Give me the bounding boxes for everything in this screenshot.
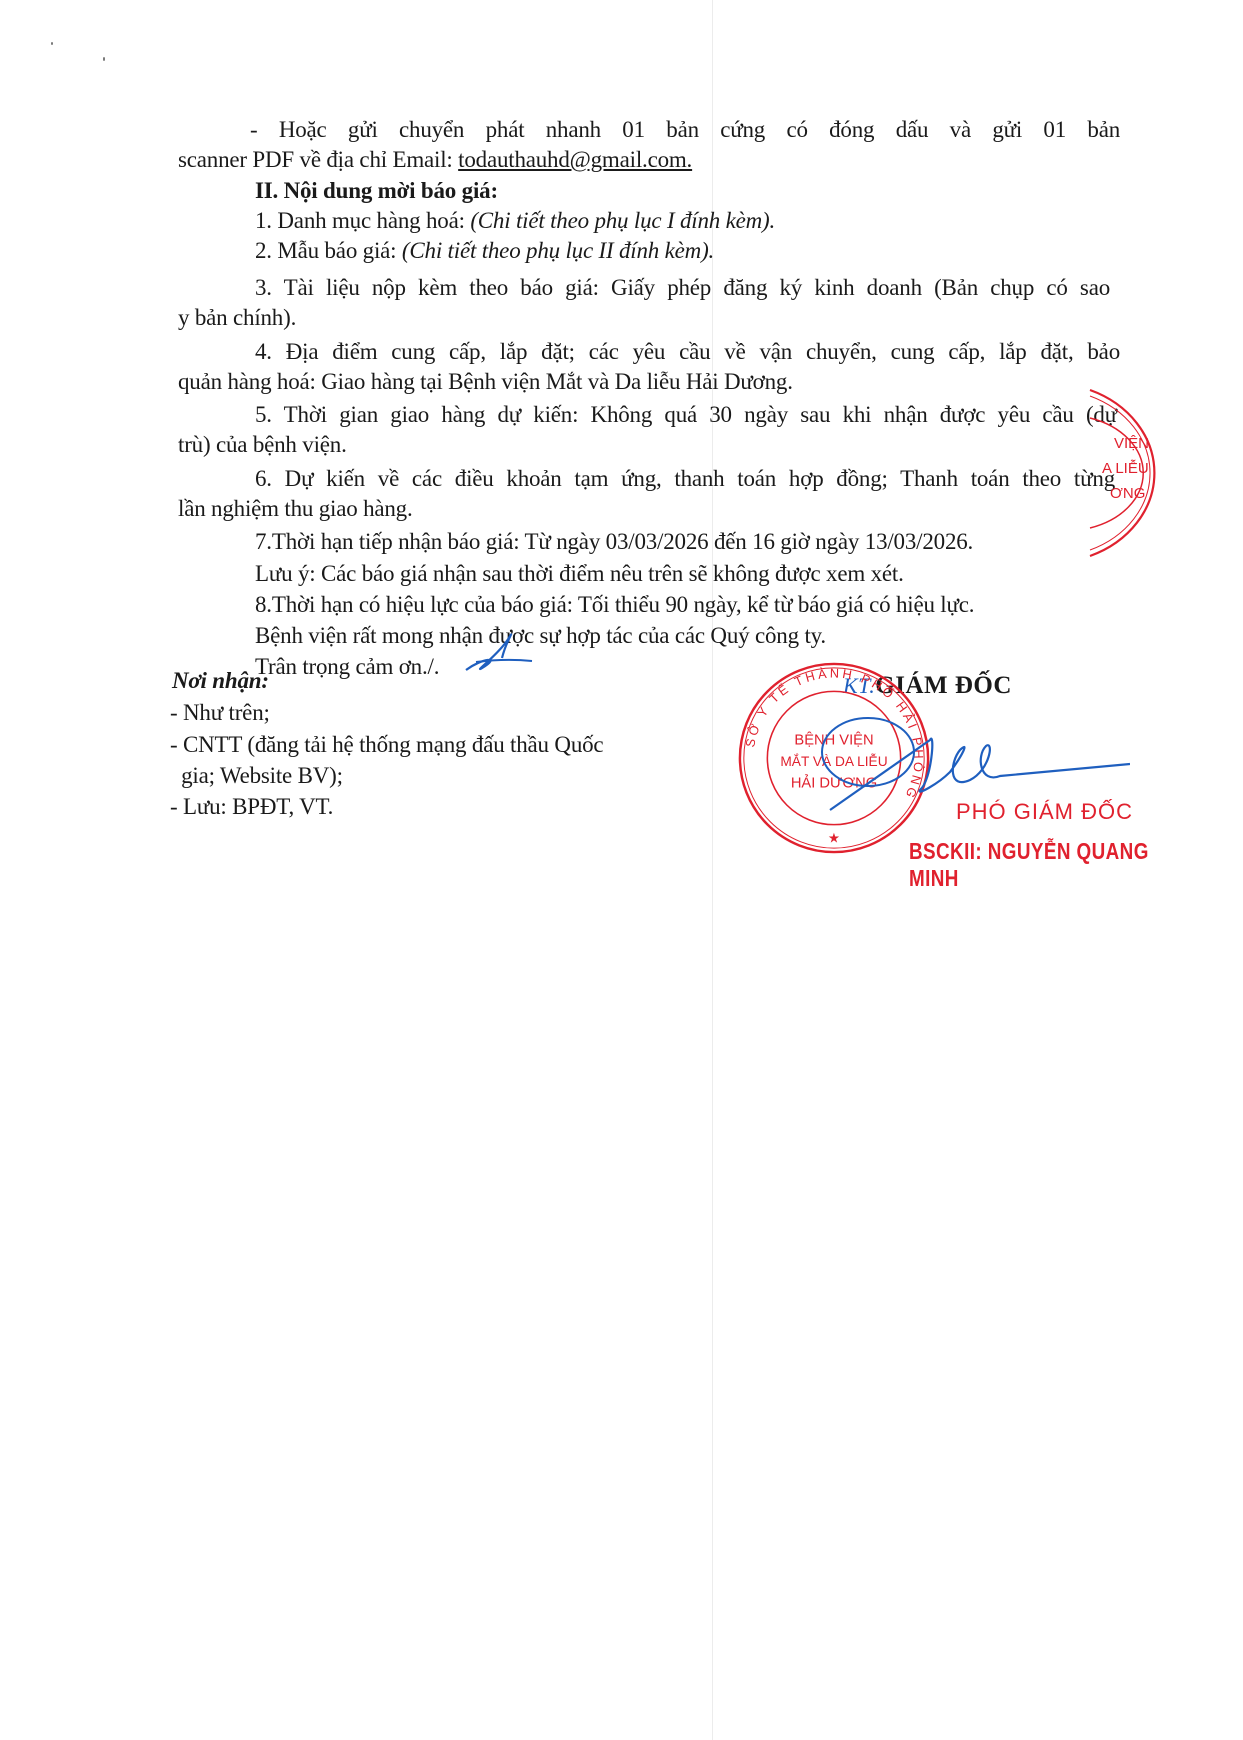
recipient-item: - Như trên;: [170, 701, 270, 724]
svg-text:ƠNG: ƠNG: [1110, 485, 1145, 502]
item-2: 2. Mẫu báo giá: (Chi tiết theo phụ lục I…: [255, 239, 714, 262]
recipient-item: - CNTT (đăng tải hệ thống mạng đấu thầu …: [170, 733, 603, 756]
item-1: 1. Danh mục hàng hoá: (Chi tiết theo phụ…: [255, 209, 775, 232]
svg-text:MẮT VÀ DA LIỄU: MẮT VÀ DA LIỄU: [780, 752, 887, 769]
svg-text:A LIỄU: A LIỄU: [1102, 460, 1149, 477]
email-link[interactable]: todauthauhd@gmail.com.: [458, 147, 692, 172]
item-4-line-1: 4. Địa điểm cung cấp, lắp đặt; các yêu c…: [255, 340, 1120, 363]
item-7: 7.Thời hạn tiếp nhận báo giá: Từ ngày 03…: [255, 530, 973, 553]
closing-line-2: Trân trọng cảm ơn./.: [255, 655, 439, 678]
svg-text:BỆNH VIỆN: BỆNH VIỆN: [794, 731, 873, 748]
item-4-line-2: quản hàng hoá: Giao hàng tại Bệnh viện M…: [178, 370, 793, 393]
item-3-line-1: 3. Tài liệu nộp kèm theo báo giá: Giấy p…: [255, 276, 1110, 299]
item-2-detail: (Chi tiết theo phụ lục II đính kèm).: [402, 238, 714, 263]
item-5-line-2: trù) của bệnh viện.: [178, 433, 347, 456]
item-6-line-2: lần nghiệm thu giao hàng.: [178, 497, 413, 520]
recipient-item: gia; Website BV);: [170, 764, 343, 787]
deputy-director-title: PHÓ GIÁM ĐỐC: [956, 799, 1133, 825]
note-line: Lưu ý: Các báo giá nhận sau thời điểm nê…: [255, 562, 904, 585]
item-1-label: 1. Danh mục hàng hoá:: [255, 208, 470, 233]
item-2-label: 2. Mẫu báo giá:: [255, 238, 402, 263]
send-instruction-line-2: scanner PDF về địa chỉ Email: todauthauh…: [178, 148, 692, 171]
item-5-line-1: 5. Thời gian giao hàng dự kiến: Không qu…: [255, 403, 1117, 426]
official-seal-icon: SỞ Y TẾ THÀNH PHỐ HẢI PHÒNG BỆNH VIỆN MẮ…: [736, 660, 932, 856]
section-heading: II. Nội dung mời báo giá:: [255, 179, 498, 202]
scan-speck: [103, 57, 105, 61]
partial-seal-icon: VIỆN A LIỄU ƠNG: [1080, 378, 1243, 568]
closing-line-1: Bệnh viện rất mong nhận được sự hợp tác …: [255, 624, 826, 647]
svg-text:VIỆN: VIỆN: [1114, 435, 1149, 452]
recipient-item: - Lưu: BPĐT, VT.: [170, 795, 333, 818]
send-instruction-prefix: scanner PDF về địa chỉ Email:: [178, 147, 458, 172]
signer-name: BSCKII: NGUYỄN QUANG MINH: [909, 838, 1183, 892]
item-1-detail: (Chi tiết theo phụ lục I đính kèm).: [470, 208, 775, 233]
svg-text:★: ★: [828, 830, 840, 845]
item-6-line-1: 6. Dự kiến về các điều khoản tạm ứng, th…: [255, 467, 1115, 490]
item-3-line-2: y bản chính).: [178, 306, 296, 329]
send-instruction-line-1: - Hoặc gửi chuyển phát nhanh 01 bản cứng…: [250, 118, 1120, 141]
svg-text:HẢI DƯƠNG: HẢI DƯƠNG: [791, 774, 877, 791]
recipients-heading: Nơi nhận:: [172, 669, 269, 692]
item-8: 8.Thời hạn có hiệu lực của báo giá: Tối …: [255, 593, 974, 616]
scan-speck: [51, 42, 53, 45]
